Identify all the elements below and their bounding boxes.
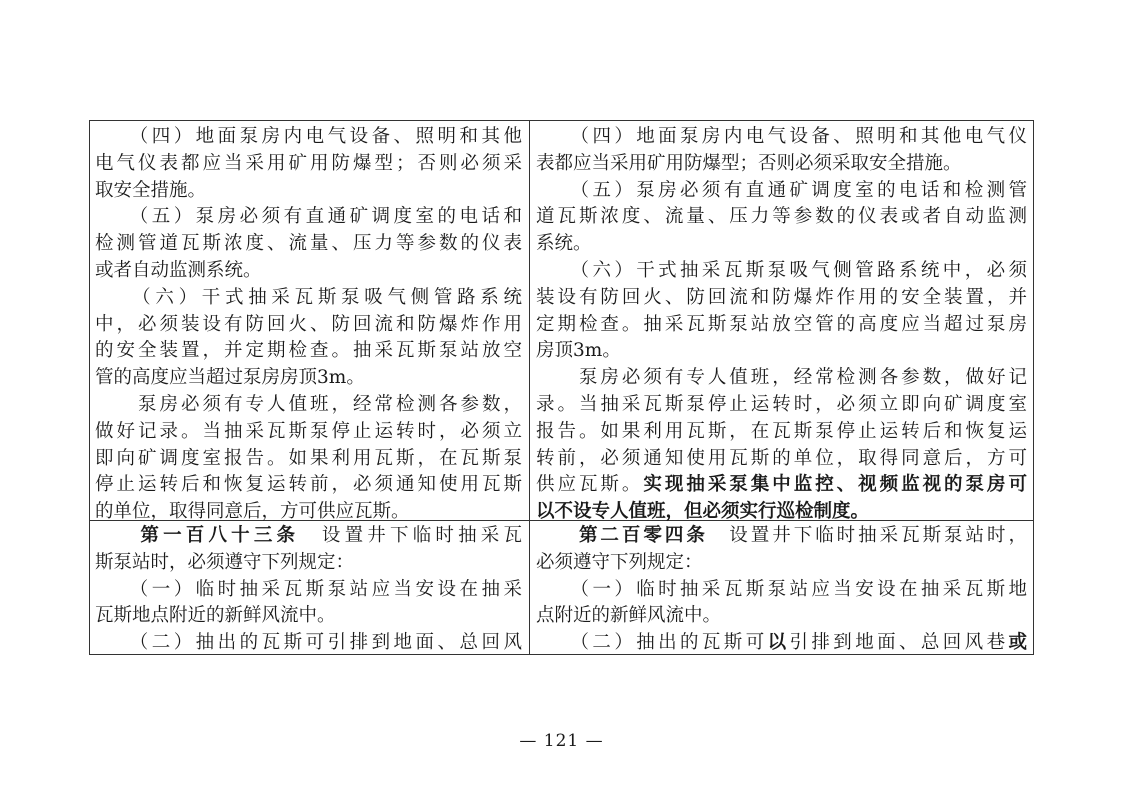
text-segment: 泵房必须有专人值班，经常检测各参数，做好记 (536, 367, 1027, 388)
text-line: 的安全装置，并定期检查。抽采瓦斯泵站放空 (95, 338, 522, 365)
text-segment: 装设有防回火、防回流和防爆炸作用的安全装置，并 (536, 287, 1027, 308)
text-line: 报告。如果利用瓦斯，在瓦斯泵停止运转后和恢复运 (536, 419, 1027, 446)
text-line: 道瓦斯浓度、流量、压力等参数的仪表或者自动监测 (536, 204, 1027, 231)
text-line: （五）泵房必须有直通矿调度室的电话和检测管 (536, 178, 1027, 205)
cell-new-text-row2: 第二百零四条 设置井下临时抽采瓦斯泵站时，必须遵守下列规定： （一）临时抽采瓦斯… (536, 523, 1027, 657)
text-segment: （二）抽出的瓦斯可 (536, 632, 768, 653)
text-segment: 引排到地面、总回风巷 (790, 632, 1009, 653)
text-line: 房顶3m。 (536, 338, 1027, 365)
text-line: （二）抽出的瓦斯可以引排到地面、总回风巷或 (536, 630, 1027, 657)
text-line: 或者自动监测系统。 (95, 258, 522, 285)
text-segment: 泵房必须有专人值班，经常检测各参数， (95, 394, 522, 415)
text-segment: 必须遵守下列规定： (536, 552, 703, 573)
text-segment: 管的高度应当超过泵房房顶3m。 (95, 367, 365, 388)
text-segment: 房顶3m。 (536, 340, 621, 361)
text-line: 定期检查。抽采瓦斯泵站放空管的高度应当超过泵房 (536, 312, 1027, 339)
text-line: （六）干式抽采瓦斯泵吸气侧管路系统中，必须 (536, 258, 1027, 285)
text-segment: 转前，必须通知使用瓦斯的单位，取得同意后，方可 (536, 448, 1027, 469)
text-segment: （四）地面泵房内电气设备、照明和其他 (95, 126, 522, 147)
text-segment: （一）临时抽采瓦斯泵站应当安设在抽采瓦斯地 (536, 579, 1027, 600)
text-segment: 系统。 (536, 233, 592, 254)
text-segment: 斯泵站时，必须遵守下列规定： (95, 552, 354, 573)
text-line: 即向矿调度室报告。如果利用瓦斯，在瓦斯泵 (95, 446, 522, 473)
text-line: （一）临时抽采瓦斯泵站应当安设在抽采瓦斯地 (536, 577, 1027, 604)
text-segment: （六）干式抽采瓦斯泵吸气侧管路系统中，必须 (536, 260, 1027, 281)
text-segment: 电气仪表都应当采用矿用防爆型；否则必须采 (95, 153, 522, 174)
text-line: 必须遵守下列规定： (536, 550, 1027, 577)
text-line: 做好记录。当抽采瓦斯泵停止运转时，必须立 (95, 419, 522, 446)
text-segment: 定期检查。抽采瓦斯泵站放空管的高度应当超过泵房 (536, 314, 1027, 335)
text-segment: 检测管道瓦斯浓度、流量、压力等参数的仪表 (95, 233, 522, 254)
cell-old-text-row2: 第一百八十三条 设置井下临时抽采瓦斯泵站时，必须遵守下列规定： （一）临时抽采瓦… (95, 523, 522, 657)
cell-old-text-row1: （四）地面泵房内电气设备、照明和其他电气仪表都应当采用矿用防爆型；否则必须采取安… (95, 124, 522, 526)
text-segment: 录。当抽采瓦斯泵停止运转时，必须立即向矿调度室 (536, 394, 1027, 415)
text-line: 录。当抽采瓦斯泵停止运转时，必须立即向矿调度室 (536, 392, 1027, 419)
bold-text: 第一百八十三条 (140, 525, 299, 546)
text-line: 第二百零四条 设置井下临时抽采瓦斯泵站时， (536, 523, 1027, 550)
page-number: — 121 — (0, 731, 1123, 751)
text-line: （四）地面泵房内电气设备、照明和其他 (95, 124, 522, 151)
text-line: 转前，必须通知使用瓦斯的单位，取得同意后，方可 (536, 446, 1027, 473)
text-segment: 中，必须装设有防回火、防回流和防爆炸作用 (95, 314, 522, 335)
text-line: （四）地面泵房内电气设备、照明和其他电气仪 (536, 124, 1027, 151)
text-line: 瓦斯地点附近的新鲜风流中。 (95, 603, 522, 630)
text-line: 泵房必须有专人值班，经常检测各参数，做好记 (536, 365, 1027, 392)
text-line: 以不设专人值班，但必须实行巡检制度。 (536, 499, 1027, 526)
text-line: 检测管道瓦斯浓度、流量、压力等参数的仪表 (95, 231, 522, 258)
text-segment: 做好记录。当抽采瓦斯泵停止运转时，必须立 (95, 421, 522, 442)
text-segment: （四）地面泵房内电气设备、照明和其他电气仪 (536, 126, 1027, 147)
comparison-table: （四）地面泵房内电气设备、照明和其他电气仪表都应当采用矿用防爆型；否则必须采取安… (89, 120, 1034, 655)
text-line: 管的高度应当超过泵房房顶3m。 (95, 365, 522, 392)
text-line: 中，必须装设有防回火、防回流和防爆炸作用 (95, 312, 522, 339)
text-segment: （五）泵房必须有直通矿调度室的电话和检测管 (536, 180, 1027, 201)
text-segment: 点附近的新鲜风流中。 (536, 605, 721, 626)
text-segment: 的安全装置，并定期检查。抽采瓦斯泵站放空 (95, 340, 522, 361)
text-line: 第一百八十三条 设置井下临时抽采瓦 (95, 523, 522, 550)
text-line: 取安全措施。 (95, 178, 522, 205)
cell-new-text-row1: （四）地面泵房内电气设备、照明和其他电气仪表都应当采用矿用防爆型；否则必须采取安… (536, 124, 1027, 526)
text-line: 装设有防回火、防回流和防爆炸作用的安全装置，并 (536, 285, 1027, 312)
column-divider (529, 121, 530, 654)
text-line: （一）临时抽采瓦斯泵站应当安设在抽采 (95, 577, 522, 604)
text-segment: 表都应当采用矿用防爆型；否则必须采取安全措施。 (536, 153, 962, 174)
text-segment: 设置井下临时抽采瓦 (299, 525, 522, 546)
text-segment: 瓦斯地点附近的新鲜风流中。 (95, 605, 336, 626)
text-line: 停止运转后和恢复运转前，必须通知使用瓦斯 (95, 472, 522, 499)
text-line: 泵房必须有专人值班，经常检测各参数， (95, 392, 522, 419)
text-segment: （一）临时抽采瓦斯泵站应当安设在抽采 (95, 579, 522, 600)
text-line: （六）干式抽采瓦斯泵吸气侧管路系统 (95, 285, 522, 312)
text-line: 系统。 (536, 231, 1027, 258)
text-line: 电气仪表都应当采用矿用防爆型；否则必须采 (95, 151, 522, 178)
text-segment: （五）泵房必须有直通矿调度室的电话和 (95, 206, 522, 227)
text-segment: 供应瓦斯。 (536, 474, 643, 495)
text-segment: 取安全措施。 (95, 180, 206, 201)
text-line: 点附近的新鲜风流中。 (536, 603, 1027, 630)
bold-text: 以不设专人值班，但必须实行巡检制度。 (536, 501, 869, 522)
text-segment: 设置井下临时抽采瓦斯泵站时， (708, 525, 1027, 546)
text-segment: 停止运转后和恢复运转前，必须通知使用瓦斯 (95, 474, 522, 495)
bold-text: 第二百零四条 (579, 525, 708, 546)
text-line: 的单位，取得同意后，方可供应瓦斯。 (95, 499, 522, 526)
text-segment: （二）抽出的瓦斯可引排到地面、总回风 (95, 632, 522, 653)
text-line: 供应瓦斯。实现抽采泵集中监控、视频监视的泵房可 (536, 472, 1027, 499)
bold-text: 或 (1008, 632, 1027, 653)
text-segment: 道瓦斯浓度、流量、压力等参数的仪表或者自动监测 (536, 206, 1027, 227)
text-segment: 或者自动监测系统。 (95, 260, 262, 281)
text-segment: 的单位，取得同意后，方可供应瓦斯。 (95, 501, 410, 522)
bold-text: 实现抽采泵集中监控、视频监视的泵房可 (643, 474, 1027, 495)
text-line: （五）泵房必须有直通矿调度室的电话和 (95, 204, 522, 231)
text-segment: 即向矿调度室报告。如果利用瓦斯，在瓦斯泵 (95, 448, 522, 469)
text-line: 表都应当采用矿用防爆型；否则必须采取安全措施。 (536, 151, 1027, 178)
text-segment (536, 525, 579, 546)
text-line: 斯泵站时，必须遵守下列规定： (95, 550, 522, 577)
text-segment (95, 525, 140, 546)
text-segment: 报告。如果利用瓦斯，在瓦斯泵停止运转后和恢复运 (536, 421, 1027, 442)
text-segment: （六）干式抽采瓦斯泵吸气侧管路系统 (95, 287, 522, 308)
bold-text: 以 (768, 632, 790, 653)
text-line: （二）抽出的瓦斯可引排到地面、总回风 (95, 630, 522, 657)
